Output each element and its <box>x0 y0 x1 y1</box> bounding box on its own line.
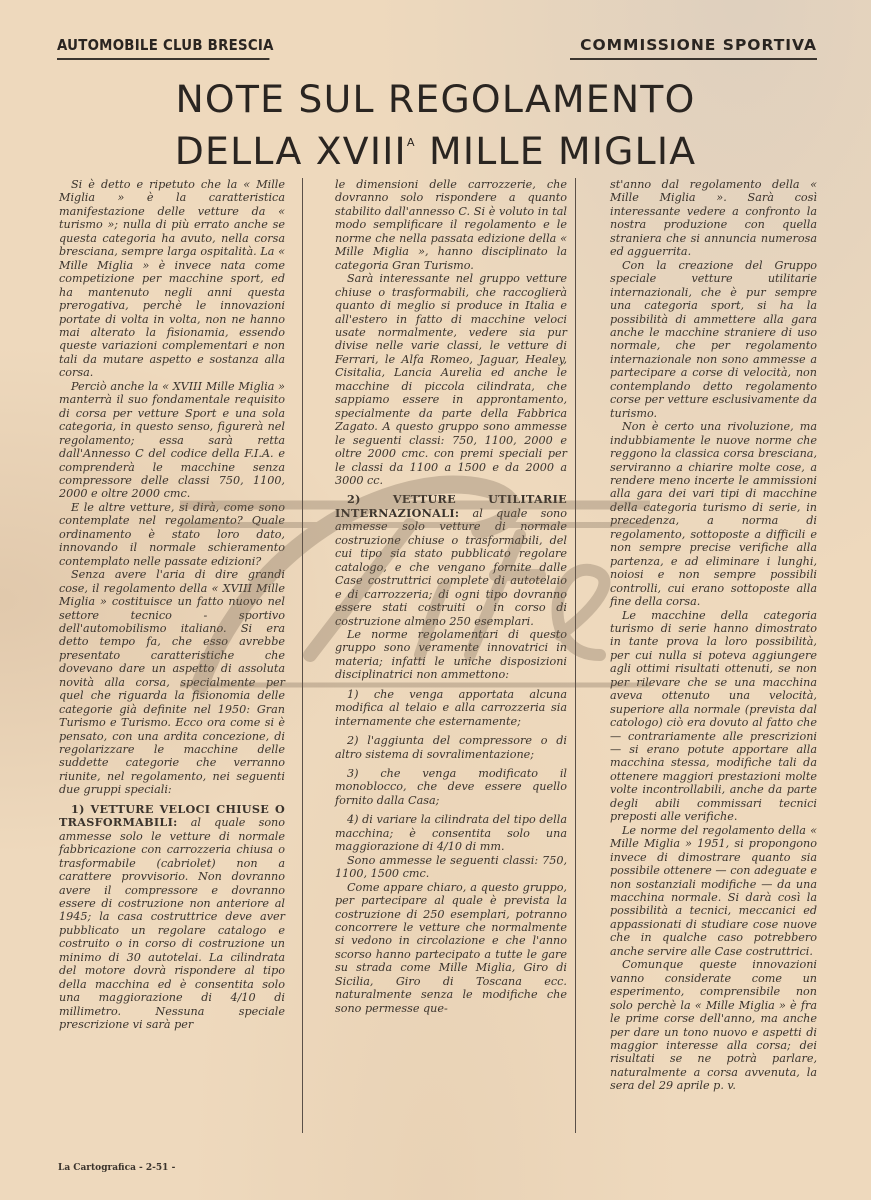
paragraph-text: Sono ammesse le seguenti classi: 750, 11… <box>335 854 567 880</box>
title-line-2-prefix: DELLA XVIII <box>175 130 407 173</box>
article-paragraph: Con la creazione del Gruppo speciale vet… <box>610 259 817 420</box>
paragraph-text: 1) che venga apportata alcuna modifica a… <box>335 688 567 728</box>
article-paragraph: Sarà interessante nel gruppo vetture chi… <box>335 272 567 487</box>
section-paragraph: 1) VETTURE VELOCI CHIUSE O TRASFORMABILI… <box>59 803 285 1032</box>
paragraph-text: Come appare chiaro, a questo gruppo, per… <box>335 881 567 1015</box>
paragraph-text: Senza avere l'aria di dire grandi cose, … <box>59 568 285 796</box>
title-ordinal-superscript: A <box>407 136 416 149</box>
paragraph-text: 2) l'aggiunta del compressore o di altro… <box>335 734 567 760</box>
paragraph-text: Perciò anche la « XVIII Mille Miglia » m… <box>59 380 285 501</box>
paragraph-text: al quale sono ammesse solo le vetture di… <box>59 816 285 1031</box>
paragraph-text: Comunque queste innovazioni vanno consid… <box>610 958 817 1092</box>
column-divider <box>302 178 303 1133</box>
header-organization: AUTOMOBILE CLUB BRESCIA <box>57 36 269 60</box>
article-paragraph: E le altre vetture, si dirà, come sono c… <box>59 501 285 568</box>
article-column-3: st'anno dal regolamento della « Mille Mi… <box>610 178 817 1093</box>
paragraph-text: al quale sono ammesse solo vetture di no… <box>335 507 567 628</box>
article-paragraph: Si è detto e ripetuto che la « Mille Mig… <box>59 178 285 380</box>
article-paragraph: 2) l'aggiunta del compressore o di altro… <box>335 734 567 761</box>
article-paragraph: le dimensioni delle carrozzerie, che dov… <box>335 178 567 272</box>
article-paragraph: Come appare chiaro, a questo gruppo, per… <box>335 881 567 1016</box>
article-paragraph: 3) che venga modificato il monoblocco, c… <box>335 767 567 807</box>
paragraph-text: Con la creazione del Gruppo speciale vet… <box>610 259 817 420</box>
paragraph-text: E le altre vetture, si dirà, come sono c… <box>59 501 285 568</box>
article-paragraph: Senza avere l'aria di dire grandi cose, … <box>59 568 285 797</box>
paragraph-text: Le macchine della categoria turismo di s… <box>610 609 817 824</box>
article-column-1: Si è detto e ripetuto che la « Mille Mig… <box>59 178 285 1032</box>
article-paragraph: 4) di variare la cilindrata del tipo del… <box>335 813 567 853</box>
paragraph-text: st'anno dal regolamento della « Mille Mi… <box>610 178 817 258</box>
article-paragraph: Perciò anche la « XVIII Mille Miglia » m… <box>59 380 285 501</box>
paragraph-text: Le norme del regolamento della « Mille M… <box>610 824 817 958</box>
printer-credit: La Cartografica - 2-51 - <box>58 1163 175 1173</box>
magazine-page: AUTOMOBILE CLUB BRESCIA COMMISSIONE SPOR… <box>0 0 871 1200</box>
column-divider <box>575 178 576 1133</box>
section-paragraph: 2) VETTURE UTILITARIE INTERNAZIONALI: al… <box>335 493 567 628</box>
article-paragraph: Comunque queste innovazioni vanno consid… <box>610 958 817 1093</box>
title-line-1: NOTE SUL REGOLAMENTO <box>0 78 871 121</box>
title-line-2-suffix: MILLE MIGLIA <box>416 130 696 173</box>
article-paragraph: Non è certo una rivoluzione, ma indubbia… <box>610 420 817 608</box>
header-section: COMMISSIONE SPORTIVA <box>570 36 817 60</box>
paragraph-text: le dimensioni delle carrozzerie, che dov… <box>335 178 567 272</box>
paragraph-text: 4) di variare la cilindrata del tipo del… <box>335 813 567 853</box>
paragraph-text: Si è detto e ripetuto che la « Mille Mig… <box>59 178 285 379</box>
paragraph-text: 3) che venga modificato il monoblocco, c… <box>335 767 567 807</box>
paragraph-text: Non è certo una rivoluzione, ma indubbia… <box>610 420 817 608</box>
article-title: NOTE SUL REGOLAMENTO DELLA XVIIIA MILLE … <box>0 78 871 173</box>
article-column-2: le dimensioni delle carrozzerie, che dov… <box>335 178 567 1015</box>
article-paragraph: Le norme del regolamento della « Mille M… <box>610 824 817 959</box>
paragraph-text: Le norme regolamentari di questo gruppo … <box>335 628 567 681</box>
article-paragraph: Sono ammesse le seguenti classi: 750, 11… <box>335 854 567 881</box>
article-paragraph: Le macchine della categoria turismo di s… <box>610 609 817 824</box>
article-paragraph: 1) che venga apportata alcuna modifica a… <box>335 688 567 728</box>
article-paragraph: st'anno dal regolamento della « Mille Mi… <box>610 178 817 259</box>
article-paragraph: Le norme regolamentari di questo gruppo … <box>335 628 567 682</box>
paragraph-text: Sarà interessante nel gruppo vetture chi… <box>335 272 567 487</box>
title-line-2: DELLA XVIIIA MILLE MIGLIA <box>0 121 871 173</box>
